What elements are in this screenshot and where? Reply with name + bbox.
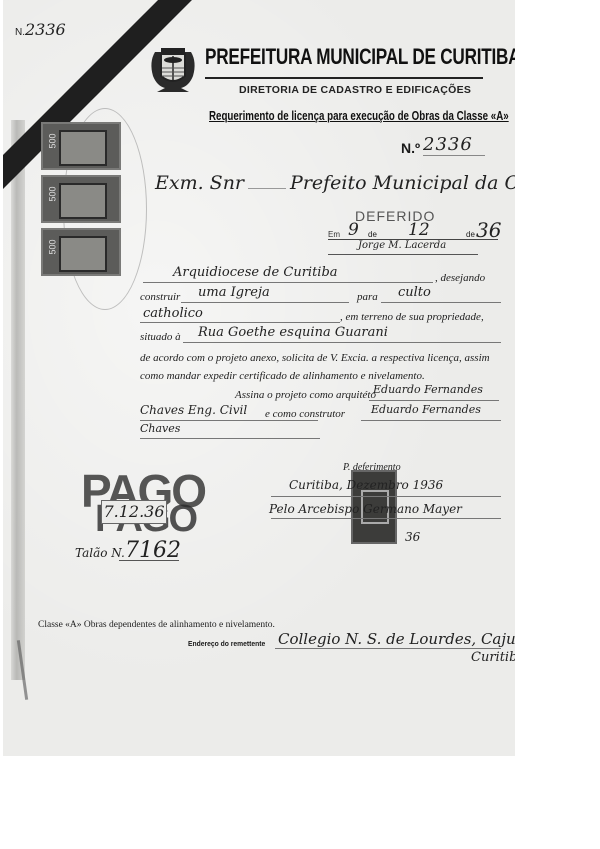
form-number-value: 2336	[423, 134, 473, 155]
construtor-field-continued: Chaves	[140, 422, 180, 435]
coat-of-arms-icon	[147, 42, 199, 96]
situado-label: situado à	[140, 331, 181, 343]
construtor-label: e como construtor	[265, 408, 345, 420]
paragraph-2: como mandar expedir certificado de alinh…	[140, 370, 425, 382]
page-title: PREFEITURA MUNICIPAL DE CURITIBA	[205, 44, 515, 70]
corner-number: N.2336	[15, 20, 66, 39]
place-date: Curitiba, Dezembro 1936	[289, 478, 443, 492]
para-field-continued: catholico	[143, 306, 203, 321]
paragraph-1: de acordo com o projeto anexo, solicita …	[140, 352, 490, 364]
endereco-value: Collegio N. S. de Lourdes, Cajuru,	[278, 630, 515, 648]
talao-label: Talão N.	[75, 546, 125, 560]
construir-label: construir	[140, 291, 180, 303]
binding-edge	[11, 120, 25, 680]
endereco-label: Endereço do remettente	[188, 639, 265, 648]
department-subtitle: DIRETORIA DE CADASTRO E EDIFICAÇÕES	[239, 84, 471, 96]
document-page: N.2336 PREFEITURA MUNICIPAL DE CURITIBA …	[3, 0, 515, 756]
desejando-text: , desejando	[435, 272, 485, 284]
revenue-stamp: 500	[41, 122, 121, 170]
form-number-rule	[423, 155, 485, 156]
corner-number-value: 2336	[25, 20, 66, 39]
construir-field: uma Igreja	[198, 285, 270, 300]
endereco-rule	[275, 648, 501, 649]
revenue-stamp: 500	[41, 175, 121, 223]
signer: Pelo Arcebispo Germano Mayer	[269, 502, 462, 516]
stamp-year: 36	[405, 530, 420, 544]
talao-rule	[119, 560, 179, 561]
form-number-label: N.º	[401, 140, 420, 156]
arquiteto-field-continued: Chaves Eng. Civil	[140, 403, 247, 417]
requester-field: Arquidiocese de Curitiba	[173, 265, 338, 280]
para-label: para	[357, 291, 378, 303]
classe-note: Classe «A» Obras dependentes de alinhame…	[38, 620, 275, 630]
terreno-text: , em terreno de sua propriedade,	[340, 311, 484, 323]
title-divider	[205, 77, 483, 79]
para-field: culto	[398, 285, 431, 300]
form-title: Requerimento de licença para execução de…	[209, 109, 509, 123]
assina-label: Assina o projeto como arquitéto	[235, 389, 376, 401]
revenue-stamps: 500 500 500	[41, 122, 125, 280]
arquiteto-field: Eduardo Fernandes	[373, 383, 483, 396]
situado-field: Rua Goethe esquina Guarani	[198, 325, 388, 340]
salutation: Exm. SnrPrefeito Municipal da Capital	[155, 172, 515, 194]
endereco-value-continued: Curitiba	[471, 650, 515, 665]
payment-date: 7.12.36	[101, 500, 167, 524]
construtor-field: Eduardo Fernandes	[371, 403, 481, 416]
revenue-stamp: 500	[41, 228, 121, 276]
signature-rule	[328, 254, 478, 255]
approval-signature: Jorge M. Lacerda	[358, 240, 446, 251]
